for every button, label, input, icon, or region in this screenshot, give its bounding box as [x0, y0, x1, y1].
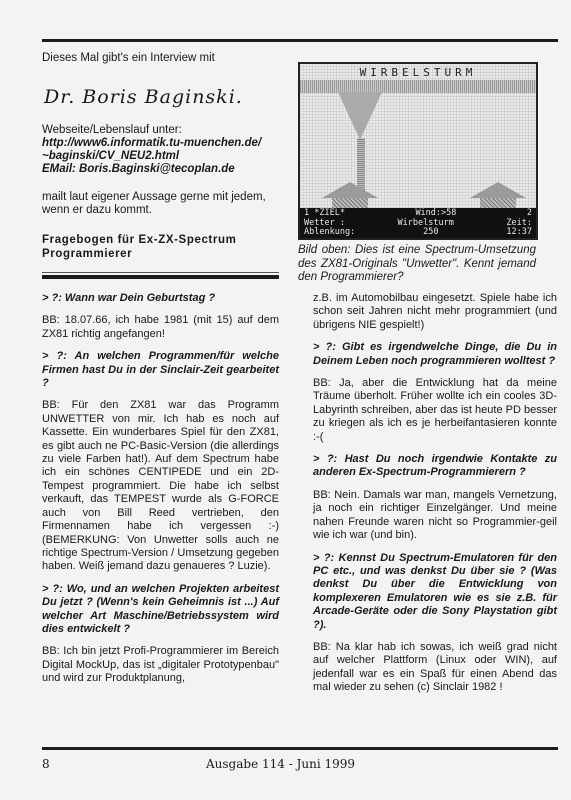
section-rule-thin [42, 272, 279, 273]
image-caption: Bild oben: Dies ist eine Spectrum-Umsetz… [298, 244, 536, 285]
answer: BB: Nein. Damals war man, mangels Vernet… [313, 489, 557, 543]
game-title: WIRBELSTURM [300, 66, 536, 79]
question: > ?: Wann war Dein Geburtstag ? [42, 292, 279, 305]
top-rule [42, 39, 558, 42]
answer: BB: Ja, aber die Entwicklung hat da mein… [313, 377, 557, 444]
website-label: Webseite/Lebenslauf unter: [42, 124, 261, 137]
website-block: Webseite/Lebenslauf unter: http://www6.i… [42, 124, 261, 176]
tornado-funnel [338, 92, 382, 140]
answer: BB: Für den ZX81 war das Programm UNWETT… [42, 399, 279, 573]
section-rule [42, 275, 279, 279]
question: > ?: Gibt es irgendwelche Dinge, die Du … [313, 341, 557, 368]
mail-note: mailt laut eigener Aussage gerne mit jed… [42, 191, 279, 217]
question: > ?: An welchen Programmen/für welche Fi… [42, 350, 279, 390]
website-url-1[interactable]: http://www6.informatik.tu-muenchen.de/ [42, 137, 261, 150]
answer: BB: Na klar hab ich sowas, ich weiß grad… [313, 641, 557, 695]
right-column: z.B. im Automobilbau eingesetzt. Spiele … [313, 292, 557, 695]
email-address[interactable]: EMail: Boris.Baginski@tecoplan.de [42, 163, 261, 176]
answer: BB: Ich bin jetzt Profi-Programmierer im… [42, 645, 279, 685]
sky-band [300, 80, 536, 93]
question: > ?: Hast Du noch irgendwie Kontakte zu … [313, 453, 557, 480]
question: > ?: Wo, und an welchen Projekten arbeit… [42, 583, 279, 637]
game-status-bar: 1 *ZIEL*Wind:>582 Wetter :WirbelsturmZei… [300, 208, 536, 238]
answer: z.B. im Automobilbau eingesetzt. Spiele … [313, 292, 557, 332]
status-text: Ablenkung: [304, 228, 355, 238]
page-number: 8 [42, 757, 50, 771]
interviewee-name: Dr. Boris Baginski. [44, 86, 243, 108]
status-text: 250 [423, 228, 438, 238]
bottom-rule [42, 747, 558, 750]
status-text: 12:37 [506, 228, 532, 238]
answer: BB: 18.07.66, ich habe 1981 (mit 15) auf… [42, 314, 279, 341]
question: > ?: Kennst Du Spectrum-Emulatoren für d… [313, 552, 557, 632]
issue-label: Ausgabe 114 - Juni 1999 [206, 757, 355, 771]
section-title: Fragebogen für Ex-ZX-Spectrum Programmie… [42, 233, 279, 261]
left-column: > ?: Wann war Dein Geburtstag ? BB: 18.0… [42, 292, 279, 686]
intro-text: Dieses Mal gibt's ein Interview mit [42, 52, 215, 64]
game-screenshot: WIRBELSTURM 1 *ZIEL*Wind:>582 Wetter :Wi… [298, 62, 538, 240]
website-url-2[interactable]: ~baginski/CV_NEU2.html [42, 150, 261, 163]
